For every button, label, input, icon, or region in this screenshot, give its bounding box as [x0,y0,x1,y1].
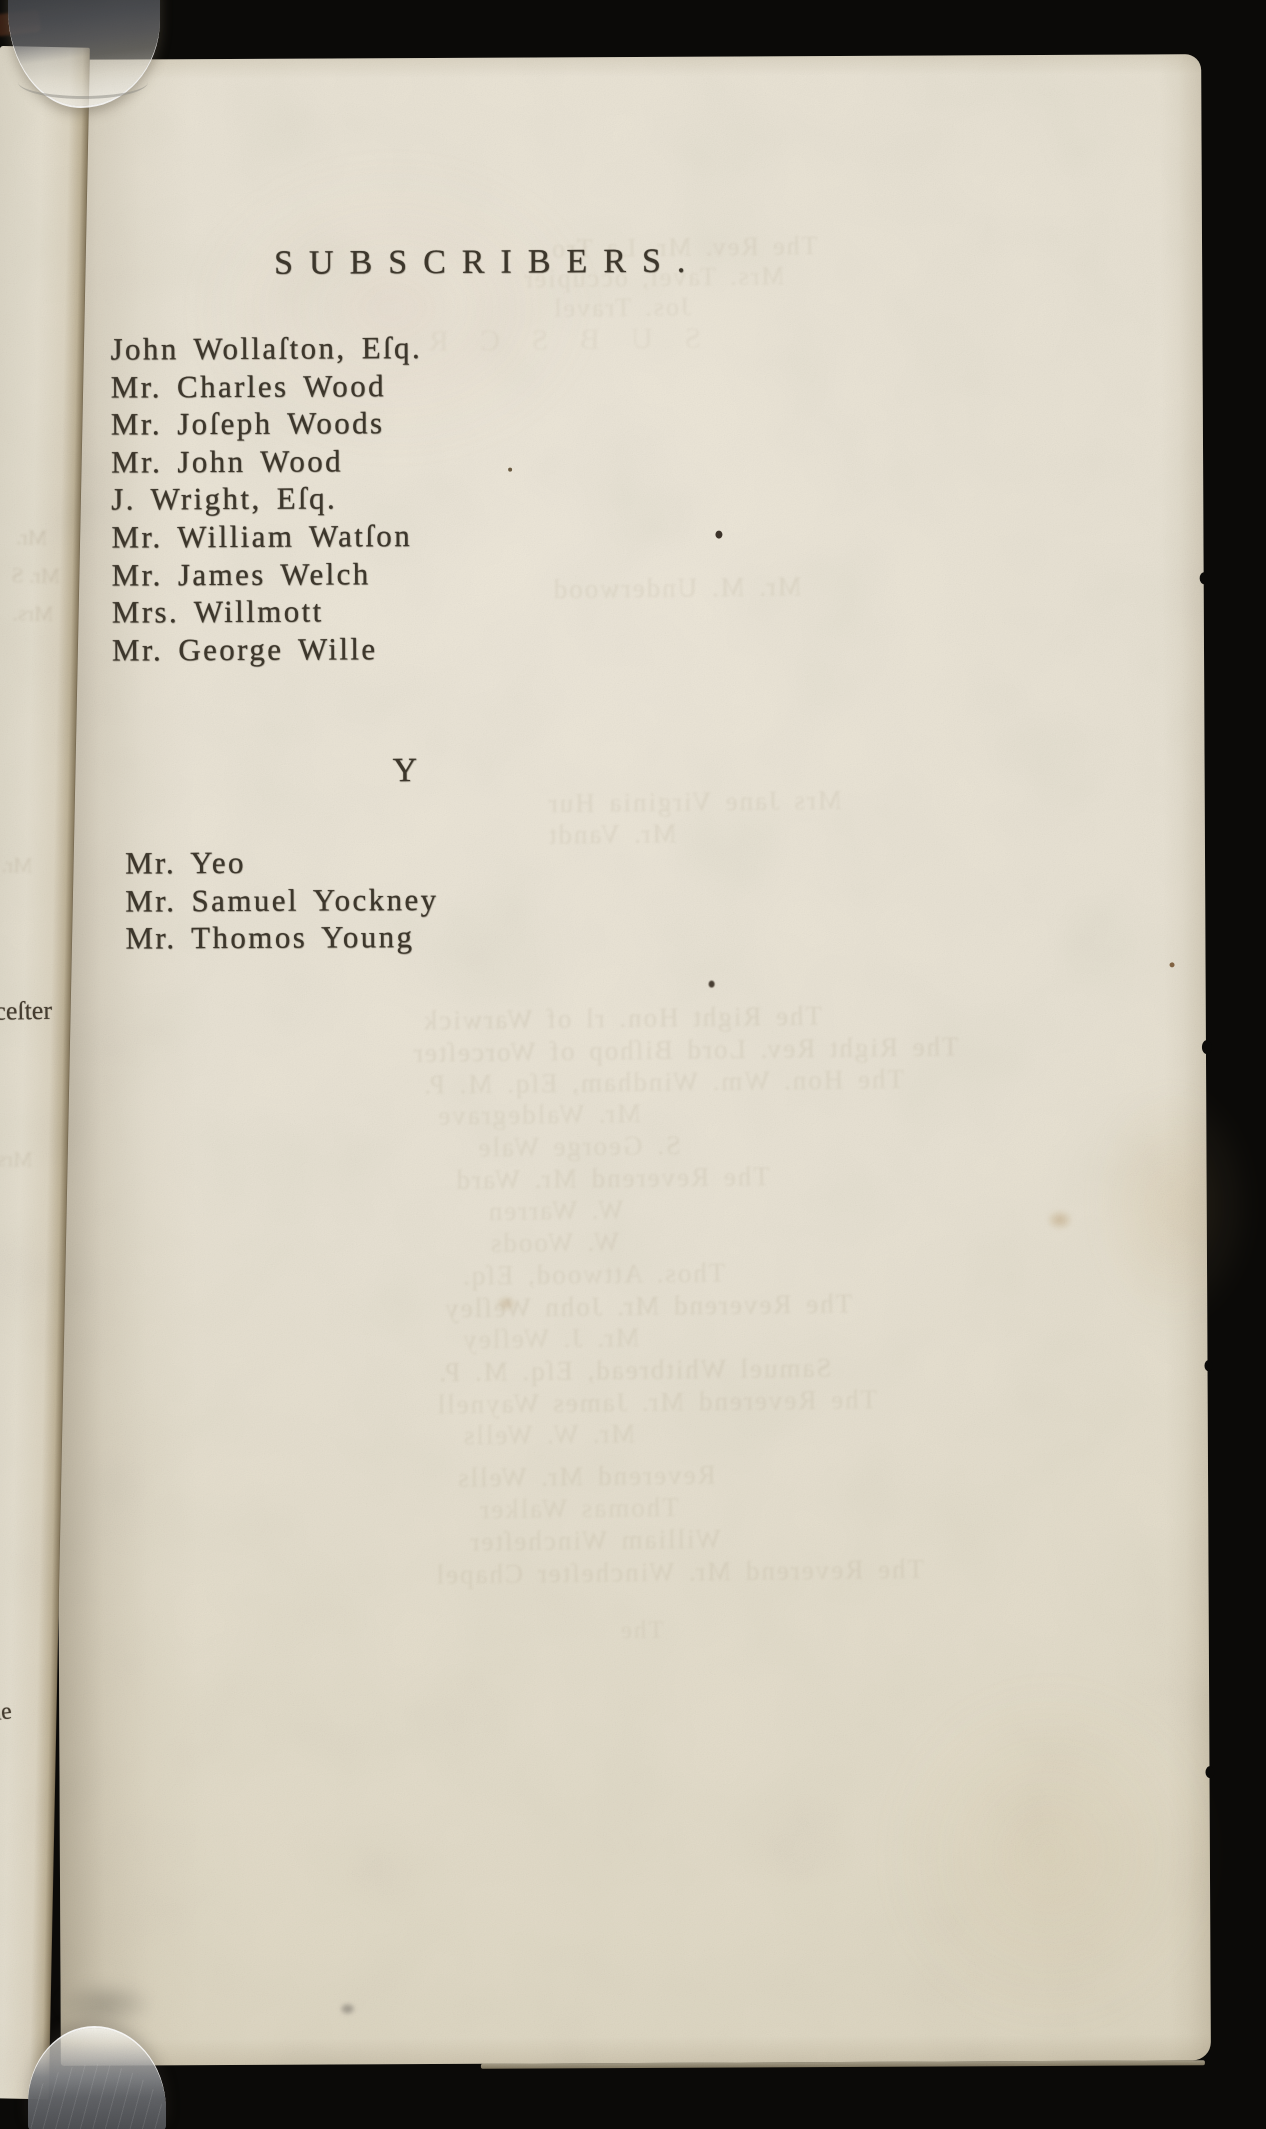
foxing-stain [1043,1207,1077,1233]
subscriber-entry: Mr. George Wille [112,630,424,669]
show-through-line: The Reverend Mr. James Waynell [436,1384,878,1420]
ink-speck [709,981,715,988]
facing-page-ghost: Mr. [16,524,48,551]
paper-stain [819,1614,1266,2096]
deckle-notch [1202,1040,1212,1054]
show-through-line: Mr. M. Underwood [552,571,802,605]
deckle-notch [1205,1766,1214,1778]
page-edge-shade-bottom [61,2034,1211,2066]
subscriber-list-y: Mr. YeoMr. Samuel YockneyMr. Thomos Youn… [125,843,439,957]
page-title: SUBSCRIBERS. [274,243,701,283]
subscriber-entry: Mrs. Willmott [112,592,424,631]
show-through-line: Thomas Walker [478,1492,679,1525]
page-holder-shadow [38,1972,172,2036]
show-through-line: Reverend Mr. Wells [456,1460,716,1494]
facing-page-ghost: Mr. S [11,562,60,589]
deckle-notch [1204,1360,1212,1371]
show-through-line: Samuel Whitbread, Eſq. M. P. [437,1353,831,1389]
show-through-line: S. George Wale [476,1130,681,1163]
show-through-line: Thos. Attwood, Eſq. [461,1258,726,1292]
show-through-line: William Wincheſter [468,1524,721,1558]
ink-speck [715,531,722,539]
ink-speck [508,468,512,472]
transparent-page-holder-top [8,0,160,106]
subscriber-entry: J. Wright, Eſq. [111,479,423,518]
show-through-line: The Hon. Wm. Windham, Eſq. M. P. [422,1064,904,1101]
show-through-line: S U B S C R [418,322,701,359]
show-through-line: The Reverend Mr. Ward [454,1161,770,1196]
subscriber-entry: Mr. James Welch [112,555,424,594]
subscriber-entry: Mr. John Wood [111,442,423,481]
section-heading-y: Y [392,752,418,790]
smudge [342,2004,354,2013]
show-through-line: The Reverend Mr. John Weſley [443,1288,852,1324]
show-through-text-layer: The Rev. Mr. La TroMrs. Tavel, occupierJ… [51,54,1201,60]
scanned-book-page-photo: The Rev. Mr. La TroMrs. Tavel, occupierJ… [0,0,1266,2129]
show-through-line: Mr. W. Wells [462,1418,636,1451]
subscriber-entry: Mr. William Watſon [111,517,423,556]
show-through-line: The Reverend Mr. Wincheſter Chapel [434,1554,924,1591]
show-through-line: The Right Hon. rl of Warwick [422,1001,823,1037]
show-through-line: Mrs Jane Virginia Hur [547,785,842,820]
facing-page-ghost: Mr. [1,852,33,879]
subscriber-entry: John Wollaſton, Eſq. [110,329,422,368]
facing-page-text-fragment: orceſter [0,996,52,1027]
deckle-notch [1200,572,1209,584]
show-through-line: The [619,1617,664,1646]
subscriber-entry: Mr. Charles Wood [111,367,423,406]
show-through-line: Mr. J. Weſley [461,1322,640,1355]
show-through-line: W. Woods [489,1227,620,1260]
show-through-line: Mr. Waldegrave [436,1098,641,1131]
subscriber-entry: Mr. Yeo [125,843,438,882]
facing-page-text-fragment: The [0,1698,13,1729]
show-through-line: Mr. Vandt [547,818,677,851]
subscriber-entry: Mr. Samuel Yockney [125,881,438,920]
facing-page-ghost: Mrs. [12,600,53,627]
paper-stain [1056,1034,1266,1375]
book-page: The Rev. Mr. La TroMrs. Tavel, occupierJ… [51,54,1211,2066]
subscriber-list-w: John Wollaſton, Eſq.Mr. Charles WoodMr. … [110,329,423,669]
subscriber-entry: Mr. Joſeph Woods [111,404,423,443]
page-edge-shade-right [1159,54,1211,2060]
show-through-line: Jos. Travel [552,292,691,324]
facing-page-ghost: Mrs. [0,1146,33,1173]
page-edge-shade-top [51,54,1201,80]
foxing-speck [1170,962,1175,967]
show-through-line: W. Warren [487,1195,624,1228]
subscriber-entry: Mr. Thomos Young [125,918,438,957]
